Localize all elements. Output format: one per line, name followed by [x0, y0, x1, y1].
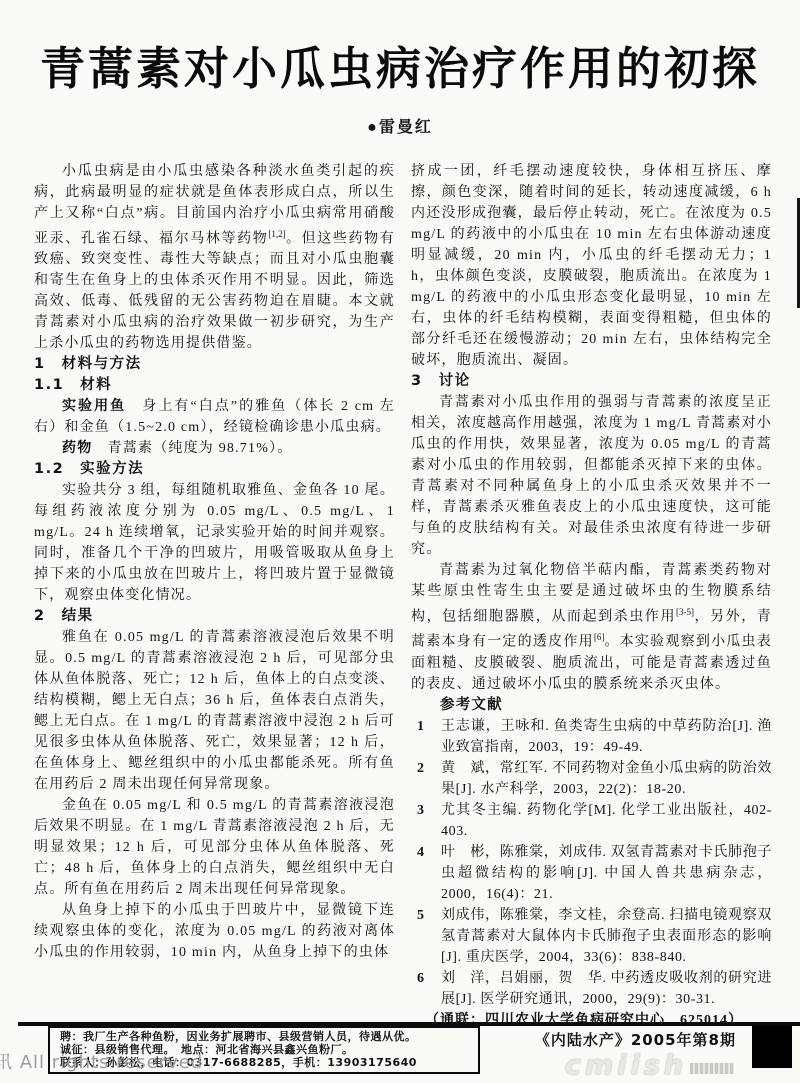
results-paragraph-2: 金鱼在 0.05 mg/L 和 0.5 mg/L 的青蒿素溶液浸泡后效果不明显。…: [34, 795, 395, 900]
reference-text: 叶 彬，陈雅棠，刘成伟. 双氢青蒿素对卡氏肺孢子虫超微结构的影响[J]. 中国人…: [441, 842, 772, 905]
right-column: 挤成一团，纤毛摆动速度较快，身体相互挤压、摩擦，颜色变深，随着时间的延长，转动速…: [411, 161, 772, 1031]
reference-number: 6: [411, 968, 441, 989]
reference-text: 尤其冬主编. 药物化学[M]. 化学工业出版社，402-403.: [441, 800, 772, 842]
reference-text: 刘 洋，吕娟丽，贺 华. 中药透皮吸收剂的研究进展[J]. 医学研究通讯，200…: [441, 968, 772, 1010]
article-body: 小瓜虫病是由小瓜虫感染各种淡水鱼类引起的疾病，此病最明显的症状就是鱼体表形成白点…: [0, 137, 800, 1031]
reference-item: 6 刘 洋，吕娟丽，贺 华. 中药透皮吸收剂的研究进展[J]. 医学研究通讯，2…: [411, 968, 772, 1010]
left-watermark: 讯 All rights reserved: [0, 1048, 203, 1074]
right-watermark: cmiish: [565, 1050, 734, 1081]
results-paragraph-3-continued: 挤成一团，纤毛摆动速度较快，身体相互挤压、摩擦，颜色变深，随着时间的延长，转动速…: [411, 161, 772, 371]
scanned-paper-page: 青蒿素对小瓜虫病治疗作用的初探 ●雷曼红 小瓜虫病是由小瓜虫感染各种淡水鱼类引起…: [0, 0, 800, 1083]
footer-black-square: [752, 1026, 792, 1068]
citation-marker: [1,2]: [268, 229, 285, 239]
section-heading-method: 1.2 实验方法: [34, 459, 395, 480]
reference-number: 5: [411, 905, 441, 926]
section-heading-discussion: 3 讨论: [411, 371, 772, 392]
section-heading-results: 2 结果: [34, 606, 395, 627]
reference-text: 刘成伟，陈雅棠，李文桂，余登高. 扫描电镜观察双氢青蒿素对大鼠体内卡氏肺孢子虫表…: [441, 905, 772, 968]
watermark-logo-text: cmiish: [565, 1050, 687, 1081]
reference-number: 1: [411, 716, 441, 737]
results-paragraph-1: 雅鱼在 0.05 mg/L 的青蒿素溶液浸泡后效果不明显。0.5 mg/L 的青…: [34, 627, 395, 795]
citation-marker: [3-5]: [676, 607, 694, 617]
materials-drug-paragraph: 药物 青蒿素（纯度为 98.71%）。: [34, 438, 395, 459]
reference-text: 黄 斌，常红军. 不同药物对金鱼小瓜虫病的防治效果[J]. 水产科学，2003，…: [441, 758, 772, 800]
discussion-paragraph-1: 青蒿素对小瓜虫作用的强弱与青蒿素的浓度呈正相关，浓度越高作用越强，浓度为 1 m…: [411, 392, 772, 560]
section-heading-materials-methods: 1 材料与方法: [34, 354, 395, 375]
author-line: ●雷曼红: [0, 114, 800, 137]
discussion-paragraph-2: 青蒿素为过氧化物倍半萜内酯，青蒿素类药物对某些原虫性寄生虫主要是通过破坏虫的生物…: [411, 560, 772, 695]
reference-item: 2 黄 斌，常红军. 不同药物对金鱼小瓜虫病的防治效果[J]. 水产科学，200…: [411, 758, 772, 800]
watermark-logo-block: [690, 1063, 734, 1074]
reference-item: 1 王志谦，王咏和. 鱼类寄生虫病的中草药防治[J]. 渔业致富指南，2003，…: [411, 716, 772, 758]
intro-paragraph: 小瓜虫病是由小瓜虫感染各种淡水鱼类引起的疾病，此病最明显的症状就是鱼体表形成白点…: [34, 161, 395, 355]
drug-label: 药物: [62, 441, 92, 456]
journal-issue-label: 《内陆水产》2005年第8期: [535, 1029, 736, 1050]
reference-item: 3 尤其冬主编. 药物化学[M]. 化学工业出版社，402-403.: [411, 800, 772, 842]
intro-text-2: 。但这些药物有致癌、致突变性、毒性大等缺点；而且对小瓜虫胞囊和寄生在鱼身上的虫体…: [34, 231, 395, 351]
reference-number: 2: [411, 758, 441, 779]
reference-item: 5 刘成伟，陈雅棠，李文桂，余登高. 扫描电镜观察双氢青蒿素对大鼠体内卡氏肺孢子…: [411, 905, 772, 968]
section-heading-materials: 1.1 材料: [34, 375, 395, 396]
citation-marker: [6]: [594, 632, 605, 642]
reference-number: 3: [411, 800, 441, 821]
drug-text: 青蒿素（纯度为 98.71%）。: [92, 441, 292, 456]
materials-fish-paragraph: 实验用鱼 身上有“白点”的雅鱼（体长 2 cm 左右）和金鱼（1.5~2.0 c…: [34, 396, 395, 438]
results-paragraph-3: 从鱼身上掉下的小瓜虫于凹玻片中，显微镜下连续观察虫体的变化，浓度为 0.05 m…: [34, 900, 395, 963]
reference-number: 4: [411, 842, 441, 863]
left-column: 小瓜虫病是由小瓜虫感染各种淡水鱼类引起的疾病，此病最明显的症状就是鱼体表形成白点…: [34, 161, 395, 1031]
reference-text: 王志谦，王咏和. 鱼类寄生虫病的中草药防治[J]. 渔业致富指南，2003，19…: [441, 716, 772, 758]
reference-item: 4 叶 彬，陈雅棠，刘成伟. 双氢青蒿素对卡氏肺孢子虫超微结构的影响[J]. 中…: [411, 842, 772, 905]
fish-label: 实验用鱼: [62, 399, 126, 414]
methods-paragraph: 实验共分 3 组，每组随机取雅鱼、金鱼各 10 尾。每组药液浓度分别为 0.05…: [34, 480, 395, 606]
page-title: 青蒿素对小瓜虫病治疗作用的初探: [20, 44, 780, 94]
ad-line-1: 聘：我厂生产各种鱼粉，因业务扩展聘市、县级营销人员，待遇从优。: [60, 1030, 470, 1043]
references-heading: 参考文献: [411, 695, 772, 716]
